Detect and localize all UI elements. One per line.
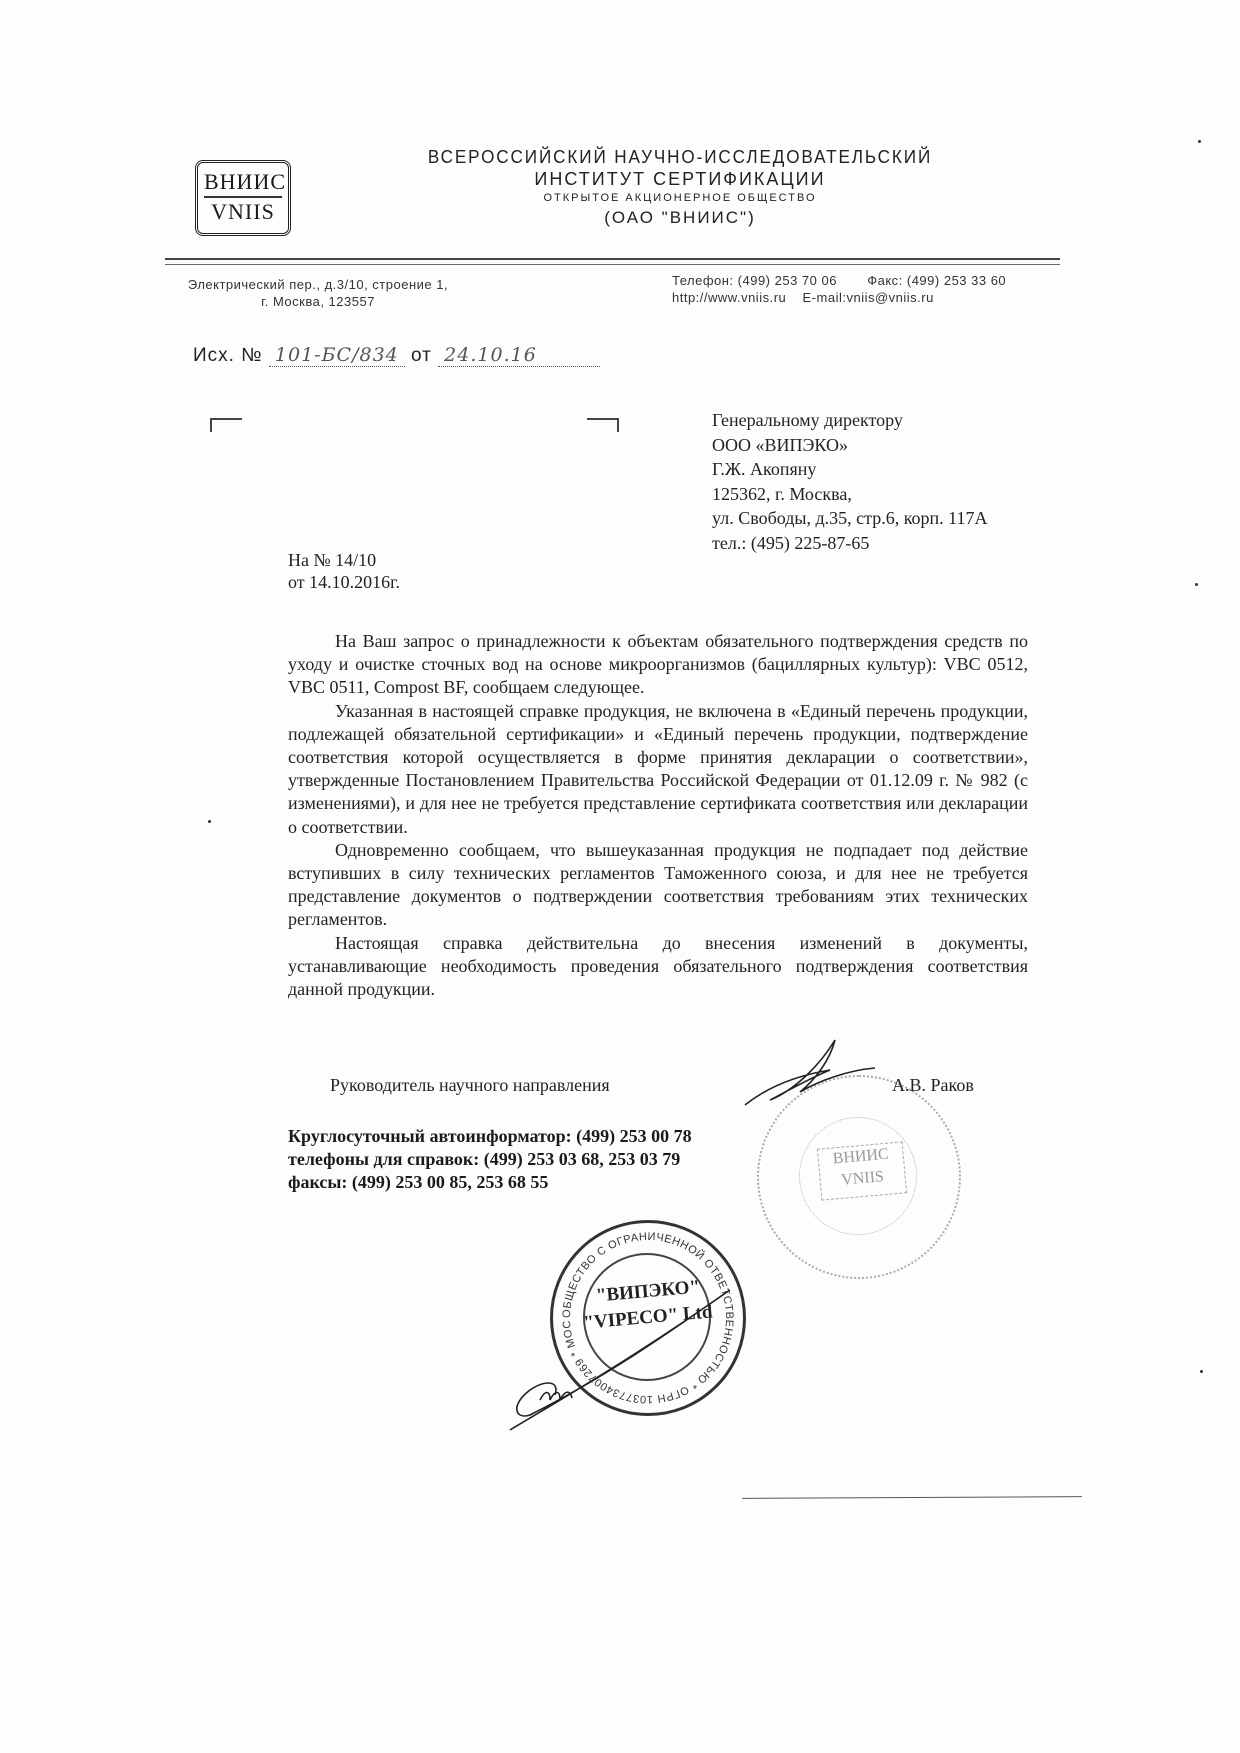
header-divider	[165, 258, 1060, 260]
org-email-link[interactable]: E-mail:vniis@vniis.ru	[803, 290, 934, 305]
address-corner-left	[210, 418, 242, 432]
address-corner-right	[587, 418, 619, 432]
footer-faxes: факсы: (499) 253 00 85, 253 68 55	[288, 1171, 692, 1194]
outgoing-label: Исх. №	[193, 345, 263, 366]
outgoing-number: 101-БС/834	[269, 344, 405, 367]
outgoing-date: 24.10.16	[438, 344, 600, 367]
scan-speck	[1195, 583, 1198, 586]
address-line1: Электрический пер., д.3/10, строение 1,	[168, 276, 468, 293]
org-phone: Телефон: (499) 253 70 06	[672, 273, 837, 288]
recipient-line: 125362, г. Москва,	[712, 482, 988, 507]
logo-text-ru: ВНИИС	[204, 168, 282, 198]
stamp-logo-box: ВНИИС VNIIS	[817, 1141, 907, 1200]
body-paragraph: Настоящая справка действительна до внесе…	[288, 932, 1028, 1002]
footer-phones: телефоны для справок: (499) 253 03 68, 2…	[288, 1148, 692, 1171]
vniis-logo: ВНИИС VNIIS	[195, 160, 291, 236]
recipient-line: ООО «ВИПЭКО»	[712, 433, 988, 458]
header-divider-thin	[165, 264, 1060, 265]
reply-reference: На № 14/10 от 14.10.2016г.	[288, 549, 400, 593]
outgoing-date-label: от	[411, 345, 432, 366]
footer-contacts: Круглосуточный автоинформатор: (499) 253…	[288, 1125, 692, 1194]
org-website-link[interactable]: http://www.vniis.ru	[672, 290, 786, 305]
recipient-signature-icon	[500, 1280, 760, 1440]
org-type: ОТКРЫТОЕ АКЦИОНЕРНОЕ ОБЩЕСТВО	[380, 190, 980, 206]
body-paragraph: На Ваш запрос о принадлежности к объекта…	[288, 630, 1028, 700]
recipient-block: Генеральному директору ООО «ВИПЭКО» Г.Ж.…	[712, 408, 988, 555]
outgoing-reference: Исх. № 101-БС/834 от 24.10.16	[193, 344, 600, 367]
recipient-line: Г.Ж. Акопяну	[712, 457, 988, 482]
reply-date: от 14.10.2016г.	[288, 571, 400, 593]
logo-text-en: VNIIS	[198, 198, 288, 226]
letter-body: На Ваш запрос о принадлежности к объекта…	[288, 630, 1028, 1001]
scan-speck	[1200, 1370, 1203, 1373]
recipient-line: ул. Свободы, д.35, стр.6, корп. 117А	[712, 506, 988, 531]
signatory-title: Руководитель научного направления	[330, 1075, 610, 1096]
recipient-line: тел.: (495) 225-87-65	[712, 531, 988, 556]
footer-autoinformer: Круглосуточный автоинформатор: (499) 253…	[288, 1125, 692, 1148]
signatory-name: А.В. Раков	[892, 1075, 974, 1096]
address-line2: г. Москва, 123557	[168, 293, 468, 310]
scan-speck	[208, 820, 211, 823]
org-address: Электрический пер., д.3/10, строение 1, …	[168, 276, 468, 310]
reply-number: На № 14/10	[288, 549, 400, 571]
organization-header: ВСЕРОССИЙСКИЙ НАУЧНО-ИССЛЕДОВАТЕЛЬСКИЙ И…	[380, 146, 980, 230]
org-name-line2: ИНСТИТУТ СЕРТИФИКАЦИИ	[380, 168, 980, 190]
org-fax: Факс: (499) 253 33 60	[867, 273, 1006, 288]
bottom-rule	[742, 1496, 1082, 1499]
scan-speck	[1198, 140, 1201, 143]
handwritten-signature-icon	[740, 1030, 880, 1110]
org-name-line1: ВСЕРОССИЙСКИЙ НАУЧНО-ИССЛЕДОВАТЕЛЬСКИЙ	[395, 146, 965, 168]
recipient-line: Генеральному директору	[712, 408, 988, 433]
body-paragraph: Указанная в настоящей справке продукция,…	[288, 700, 1028, 839]
org-contacts: Телефон: (499) 253 70 06 Факс: (499) 253…	[672, 272, 1006, 306]
org-short-name: (ОАО "ВНИИС")	[380, 206, 980, 230]
body-paragraph: Одновременно сообщаем, что вышеуказанная…	[288, 839, 1028, 932]
